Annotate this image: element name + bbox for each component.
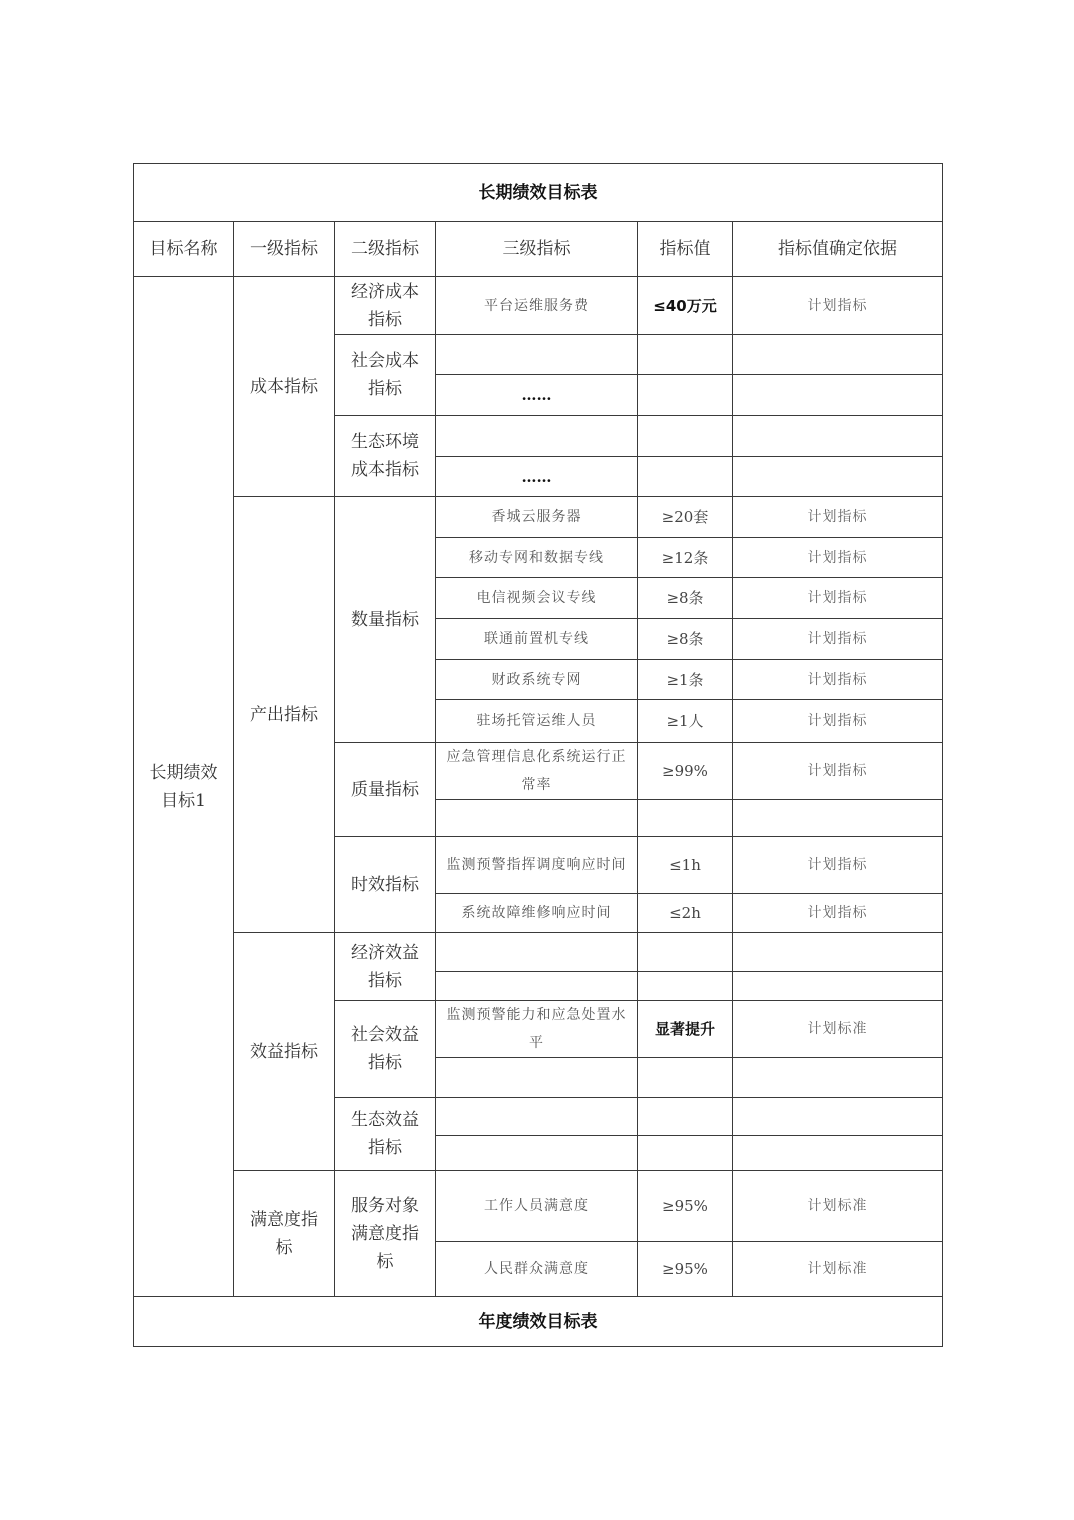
- level2-eco-benefit: 生态效益指标: [335, 1098, 436, 1171]
- indicator-cell: [436, 972, 638, 1001]
- basis-cell: 计划指标: [733, 660, 943, 700]
- basis-cell: 计划指标: [733, 538, 943, 578]
- level1-output: 产出指标: [234, 497, 335, 933]
- value-cell: [638, 800, 733, 837]
- indicator-cell: [436, 1136, 638, 1171]
- basis-cell: 计划指标: [733, 277, 943, 335]
- basis-cell: [733, 1098, 943, 1136]
- basis-cell: 计划指标: [733, 837, 943, 894]
- indicator-cell: 监测预警指挥调度响应时间: [436, 837, 638, 894]
- basis-cell: [733, 933, 943, 972]
- value-cell: ≤2h: [638, 894, 733, 933]
- indicator-cell: 驻场托管运维人员: [436, 700, 638, 743]
- basis-cell: 计划标准: [733, 1242, 943, 1297]
- value-cell: ≥95%: [638, 1171, 733, 1242]
- value-cell: [638, 1058, 733, 1098]
- indicator-cell: [436, 933, 638, 972]
- basis-cell: 计划指标: [733, 894, 943, 933]
- table-row: 满意度指标 服务对象满意度指标 工作人员满意度 ≥95% 计划标准: [134, 1171, 943, 1242]
- level2-timeliness: 时效指标: [335, 837, 436, 933]
- value-cell: ≥1人: [638, 700, 733, 743]
- level2-economic-cost: 经济成本指标: [335, 277, 436, 335]
- basis-cell: [733, 457, 943, 497]
- indicator-cell: [436, 416, 638, 457]
- indicator-cell: 工作人员满意度: [436, 1171, 638, 1242]
- level2-service-satisfaction: 服务对象满意度指标: [335, 1171, 436, 1297]
- value-cell: [638, 972, 733, 1001]
- indicator-cell: [436, 1098, 638, 1136]
- level2-eco-cost: 生态环境成本指标: [335, 416, 436, 497]
- level2-economic-benefit: 经济效益指标: [335, 933, 436, 1001]
- value-cell: [638, 933, 733, 972]
- indicator-cell: 联通前置机专线: [436, 619, 638, 660]
- annual-table-title: 年度绩效目标表: [134, 1297, 943, 1347]
- indicator-cell: 香城云服务器: [436, 497, 638, 538]
- long-term-performance-table: 长期绩效目标表 目标名称 一级指标 二级指标 三级指标 指标值 指标值确定依据 …: [133, 163, 943, 1347]
- level1-benefit: 效益指标: [234, 933, 335, 1171]
- value-cell: ≥95%: [638, 1242, 733, 1297]
- value-cell: [638, 375, 733, 416]
- header-goal-name: 目标名称: [134, 222, 234, 277]
- indicator-cell: [436, 1058, 638, 1098]
- header-level2: 二级指标: [335, 222, 436, 277]
- value-cell: [638, 335, 733, 375]
- level2-quality: 质量指标: [335, 743, 436, 837]
- indicator-cell: [436, 335, 638, 375]
- goal-name-cell: 长期绩效目标1: [134, 277, 234, 1297]
- table-row: 产出指标 数量指标 香城云服务器 ≥20套 计划指标: [134, 497, 943, 538]
- level1-satisfaction: 满意度指标: [234, 1171, 335, 1297]
- indicator-cell: 财政系统专网: [436, 660, 638, 700]
- basis-cell: [733, 1058, 943, 1098]
- level2-quantity: 数量指标: [335, 497, 436, 743]
- basis-cell: [733, 972, 943, 1001]
- indicator-cell: ……: [436, 375, 638, 416]
- value-cell: ≥99%: [638, 743, 733, 800]
- basis-cell: 计划指标: [733, 743, 943, 800]
- value-cell: ≤40万元: [638, 277, 733, 335]
- level2-social-benefit: 社会效益指标: [335, 1001, 436, 1098]
- indicator-cell: 监测预警能力和应急处置水平: [436, 1001, 638, 1058]
- header-value: 指标值: [638, 222, 733, 277]
- basis-cell: [733, 335, 943, 375]
- indicator-cell: [436, 800, 638, 837]
- basis-cell: [733, 1136, 943, 1171]
- header-basis: 指标值确定依据: [733, 222, 943, 277]
- table-row: 长期绩效目标1 成本指标 经济成本指标 平台运维服务费 ≤40万元 计划指标: [134, 277, 943, 335]
- basis-cell: 计划标准: [733, 1001, 943, 1058]
- value-cell: ≥8条: [638, 578, 733, 619]
- indicator-cell: 移动专网和数据专线: [436, 538, 638, 578]
- indicator-cell: 电信视频会议专线: [436, 578, 638, 619]
- basis-cell: [733, 416, 943, 457]
- basis-cell: [733, 800, 943, 837]
- indicator-cell: ……: [436, 457, 638, 497]
- indicator-cell: 系统故障维修响应时间: [436, 894, 638, 933]
- table-row: 效益指标 经济效益指标: [134, 933, 943, 972]
- value-cell: [638, 1098, 733, 1136]
- value-cell: ≥20套: [638, 497, 733, 538]
- basis-cell: 计划标准: [733, 1171, 943, 1242]
- value-cell: ≥8条: [638, 619, 733, 660]
- header-level3: 三级指标: [436, 222, 638, 277]
- basis-cell: 计划指标: [733, 497, 943, 538]
- value-cell: 显著提升: [638, 1001, 733, 1058]
- value-cell: ≤1h: [638, 837, 733, 894]
- basis-cell: 计划指标: [733, 619, 943, 660]
- basis-cell: 计划指标: [733, 700, 943, 743]
- value-cell: ≥12条: [638, 538, 733, 578]
- basis-cell: [733, 375, 943, 416]
- level1-cost: 成本指标: [234, 277, 335, 497]
- value-cell: [638, 416, 733, 457]
- level2-social-cost: 社会成本指标: [335, 335, 436, 416]
- indicator-cell: 平台运维服务费: [436, 277, 638, 335]
- indicator-cell: 应急管理信息化系统运行正常率: [436, 743, 638, 800]
- header-row: 目标名称 一级指标 二级指标 三级指标 指标值 指标值确定依据: [134, 222, 943, 277]
- basis-cell: 计划指标: [733, 578, 943, 619]
- value-cell: [638, 457, 733, 497]
- value-cell: ≥1条: [638, 660, 733, 700]
- header-level1: 一级指标: [234, 222, 335, 277]
- table-title: 长期绩效目标表: [134, 164, 943, 222]
- indicator-cell: 人民群众满意度: [436, 1242, 638, 1297]
- value-cell: [638, 1136, 733, 1171]
